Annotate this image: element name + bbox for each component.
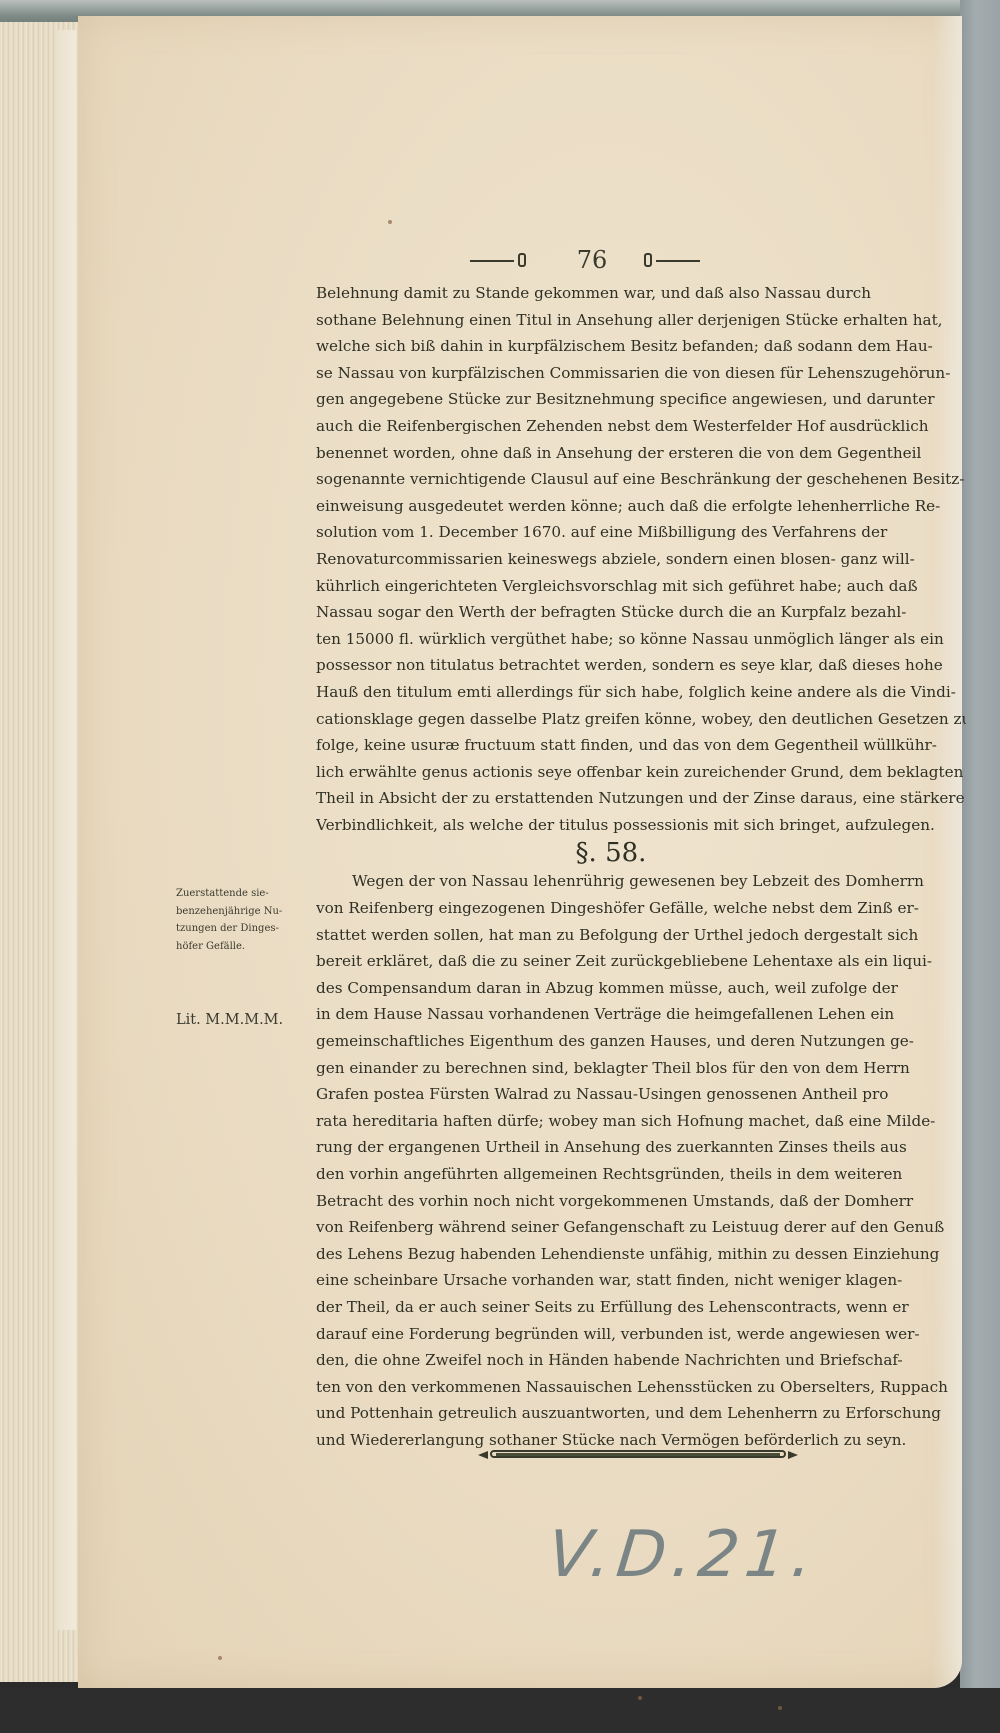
text-line: gemeinschaftliches Eigenthum des ganzen … [316, 1028, 966, 1055]
page-number: 76 [562, 246, 622, 274]
text-line: den vorhin angeführten allgemeinen Recht… [316, 1161, 966, 1188]
text-line: in dem Hause Nassau vorhandenen Verträge… [316, 1001, 966, 1028]
text-line: Nassau sogar den Werth der befragten Stü… [316, 599, 966, 626]
text-line: cationsklage gegen dasselbe Platz greife… [316, 706, 966, 733]
text-line: solution vom 1. December 1670. auf eine … [316, 519, 966, 546]
text-line: stattet werden sollen, hat man zu Befolg… [316, 922, 966, 949]
text-line: sothane Belehnung einen Titul in Ansehun… [316, 307, 966, 334]
foxing-spot [388, 220, 392, 224]
foxing-spot [778, 1706, 782, 1710]
body-text: Belehnung damit zu Stande gekommen war, … [316, 280, 966, 1454]
text-line: Verbindlichkeit, als welche der titulus … [316, 812, 966, 839]
margin-note-line: tzungen der Dinges- [176, 920, 316, 938]
text-line: darauf eine Forderung begründen will, ve… [316, 1321, 966, 1348]
text-line: Betracht des vorhin noch nicht vorgekomm… [316, 1188, 966, 1215]
header-ornament-right-icon [640, 258, 700, 264]
text-line: gen einander zu berechnen sind, beklagte… [316, 1055, 966, 1082]
running-header: 76 [470, 248, 770, 278]
text-line: rata hereditaria haften dürfe; wobey man… [316, 1108, 966, 1135]
handwritten-shelfmark: V.D.21. [544, 1518, 822, 1592]
text-line: von Reifenberg eingezogenen Dingeshöfer … [316, 895, 966, 922]
text-line: kührlich eingerichteten Vergleichsvorsch… [316, 573, 966, 600]
text-line: lich erwählte genus actionis seye offenb… [316, 759, 966, 786]
text-line: Renovaturcommissarien keineswegs abziele… [316, 546, 966, 573]
margin-note-line: Zuerstattende sie- [176, 885, 316, 903]
header-ornament-left-icon [470, 258, 530, 264]
margin-note-summary: Zuerstattende sie- benzehenjährige Nu- t… [176, 885, 316, 955]
text-line: eine scheinbare Ursache vorhanden war, s… [316, 1267, 966, 1294]
text-line: Wegen der von Nassau lehenrührig gewesen… [316, 868, 966, 895]
foxing-spot [638, 1696, 642, 1700]
text-line: Belehnung damit zu Stande gekommen war, … [316, 280, 966, 307]
text-line: rung der ergangenen Urtheil in Ansehung … [316, 1134, 966, 1161]
text-line: einweisung ausgedeutet werden könne; auc… [316, 493, 966, 520]
text-line: ten von den verkommenen Nassauischen Leh… [316, 1374, 966, 1401]
text-line: auch die Reifenbergischen Zehenden nebst… [316, 413, 966, 440]
text-line: sogenannte vernichtigende Clausul auf ei… [316, 466, 966, 493]
text-line: folge, keine usuræ fructuum statt finden… [316, 732, 966, 759]
text-line: den, die ohne Zweifel noch in Händen hab… [316, 1347, 966, 1374]
text-line: welche sich biß dahin in kurpfälzischem … [316, 333, 966, 360]
margin-note-line: höfer Gefälle. [176, 938, 316, 956]
text-line: benennet worden, ohne daß in Ansehung de… [316, 440, 966, 467]
paragraph-2: Wegen der von Nassau lehenrührig gewesen… [316, 868, 966, 1453]
text-line: ten 15000 fl. würklich vergüthet habe; s… [316, 626, 966, 653]
scan-backdrop-right [960, 0, 1000, 1733]
scan-backdrop-bottom [0, 1688, 1000, 1733]
tailpiece-ornament-icon [478, 1448, 798, 1462]
text-line: von Reifenberg während seiner Gefangensc… [316, 1214, 966, 1241]
text-line: Hauß den titulum emti allerdings für sic… [316, 679, 966, 706]
paragraph-1: Belehnung damit zu Stande gekommen war, … [316, 280, 966, 838]
page-stack-highlight [56, 30, 76, 1630]
text-line: Grafen postea Fürsten Walrad zu Nassau-U… [316, 1081, 966, 1108]
text-line: possessor non titulatus betrachtet werde… [316, 652, 966, 679]
text-line: bereit erkläret, daß die zu seiner Zeit … [316, 948, 966, 975]
text-line: Theil in Absicht der zu erstattenden Nut… [316, 785, 966, 812]
text-line: der Theil, da er auch seiner Seits zu Er… [316, 1294, 966, 1321]
text-line: des Compensandum daran in Abzug kommen m… [316, 975, 966, 1002]
margin-note-reference: Lit. M.M.M.M. [176, 1012, 316, 1030]
text-line: des Lehens Bezug habenden Lehendienste u… [316, 1241, 966, 1268]
text-line: gen angegebene Stücke zur Besitznehmung … [316, 386, 966, 413]
margin-note-line: benzehenjährige Nu- [176, 903, 316, 921]
text-line: se Nassau von kurpfälzischen Commissarie… [316, 360, 966, 387]
text-line: und Pottenhain getreulich auszuantworten… [316, 1400, 966, 1427]
section-heading: §. 58. [256, 838, 966, 868]
foxing-spot [218, 1656, 222, 1660]
